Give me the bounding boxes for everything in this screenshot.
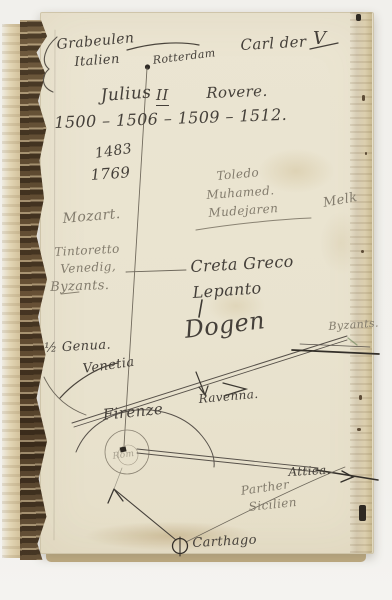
notebook-photograph: Grabeulen Italien Rotterdam Carl der V J… <box>0 0 392 600</box>
sketch-lines <box>0 0 392 600</box>
